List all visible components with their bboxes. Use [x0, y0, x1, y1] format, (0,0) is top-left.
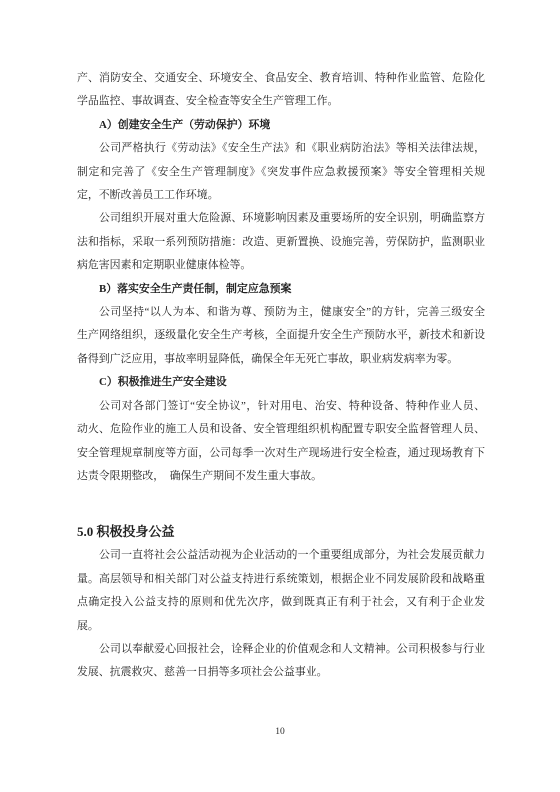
paragraph-line: 定，不断改善员工工作环境。 [77, 184, 485, 207]
paragraph-line: 公司坚持“以人为本、和谐为尊、预防为主，健康安全”的方针，完善三级安全 [77, 301, 485, 324]
paragraph-line: 公司一直将社会公益活动视为企业活动的一个重要组成部分，为社会发展贡献力 [77, 544, 485, 567]
subheading-c: C）积极推进生产安全建设 [77, 371, 485, 394]
page-content: 产、消防安全、交通安全、环境安全、食品安全、教育培训、特种作业监管、危险化学品监… [77, 67, 485, 685]
paragraph-line: 公司组织开展对重大危险源、环境影响因素及重要场所的安全识别，明确监察方 [77, 207, 485, 230]
paragraph-line: 病危害因素和定期职业健康体检等。 [77, 254, 485, 277]
paragraph-line: 展。 [77, 615, 485, 638]
paragraph-line: 公司以奉献爱心回报社会，诠释企业的价值观念和人文精神。公司积极参与行业 [77, 638, 485, 661]
paragraph-line: 产、消防安全、交通安全、环境安全、食品安全、教育培训、特种作业监管、危险化 [77, 67, 485, 90]
paragraph-line: 量。高层领导和相关部门对公益支持进行系统策划，根据企业不同发展阶段和战略重 [77, 568, 485, 591]
document-page: 产、消防安全、交通安全、环境安全、食品安全、教育培训、特种作业监管、危险化学品监… [0, 0, 560, 792]
paragraph-line: 学品监控、事故调查、安全检查等安全生产管理工作。 [77, 90, 485, 113]
paragraph-line: 公司对各部门签订“安全协议”，针对用电、治安、特种设备、特种作业人员、 [77, 395, 485, 418]
page-number: 10 [0, 727, 560, 737]
paragraph-line: 发展、抗震救灾、慈善一日捐等多项社会公益事业。 [77, 661, 485, 684]
subheading-b: B）落实安全生产责任制，制定应急预案 [77, 278, 485, 301]
paragraph-line: 安全管理规章制度等方面，公司每季一次对生产现场进行安全检查，通过现场教育下 [77, 442, 485, 465]
paragraph-line: 公司严格执行《劳动法》《安全生产法》和《职业病防治法》等相关法律法规， [77, 137, 485, 160]
subheading-a: A）创建安全生产（劳动保护）环境 [77, 114, 485, 137]
paragraph-line: 动火、危险作业的施工人员和设备、安全管理组织机构配置专职安全监督管理人员、 [77, 418, 485, 441]
paragraph-line: 生产网络组织，逐级量化安全生产考核，全面提升安全生产预防水平，新技术和新设 [77, 324, 485, 347]
section-heading: 5.0 积极投身公益 [77, 520, 485, 544]
paragraph-line: 达责令限期整改， 确保生产期间不发生重大事故。 [77, 465, 485, 488]
paragraph-line: 点确定投入公益支持的原则和优先次序，做到既真正有利于社会，又有利于企业发 [77, 591, 485, 614]
paragraph-line: 备得到广泛应用，事故率明显降低，确保全年无死亡事故，职业病发病率为零。 [77, 348, 485, 371]
paragraph-line: 法和指标，采取一系列预防措施：改造、更新置换、设施完善，劳保防护，监测职业 [77, 231, 485, 254]
paragraph-line: 制定和完善了《安全生产管理制度》《突发事件应急救援预案》等安全管理相关规 [77, 161, 485, 184]
